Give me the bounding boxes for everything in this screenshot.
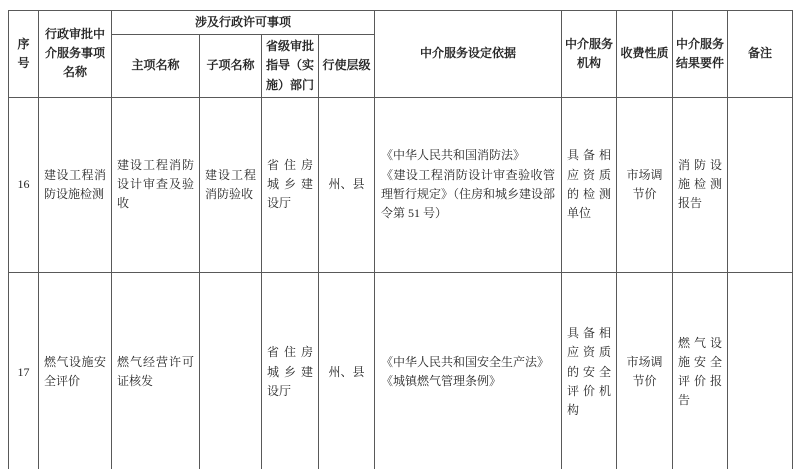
table-row-17: 17 燃气设施安全评价 燃气经营许可证核发 省住房城乡建设厅 州、县 《中华人民… xyxy=(9,272,793,469)
header-provincial-dept: 省级审批指导（实施）部门 xyxy=(262,35,319,98)
cell-service-name: 建设工程消防设施检测 xyxy=(39,97,112,272)
table-body: 16 建设工程消防设施检测 建设工程消防设计审查及验收 建设工程消防验收 省住房… xyxy=(9,97,793,469)
mediation-services-table: 序号 行政审批中介服务事项名称 涉及行政许可事项 中介服务设定依据 中介服务机构… xyxy=(8,10,793,469)
header-basis: 中介服务设定依据 xyxy=(375,11,562,98)
table-header: 序号 行政审批中介服务事项名称 涉及行政许可事项 中介服务设定依据 中介服务机构… xyxy=(9,11,793,98)
header-result-requirement: 中介服务结果要件 xyxy=(673,11,728,98)
header-exercise-level: 行使层级 xyxy=(319,35,375,98)
header-licensing-group: 涉及行政许可事项 xyxy=(112,11,375,35)
cell-service-name: 燃气设施安全评价 xyxy=(39,272,112,469)
cell-remark xyxy=(728,272,793,469)
basis-line: 《城镇燃气管理条例》 xyxy=(381,372,555,391)
cell-result-requirement: 消防设施检测报告 xyxy=(673,97,728,272)
cell-main-item: 建设工程消防设计审查及验收 xyxy=(112,97,200,272)
header-remark: 备注 xyxy=(728,11,793,98)
cell-agency: 具备相应资质的安全评价机构 xyxy=(562,272,617,469)
cell-sub-item xyxy=(200,272,262,469)
cell-seq: 17 xyxy=(9,272,39,469)
cell-exercise-level: 州、县 xyxy=(319,272,375,469)
basis-line: 《建设工程消防设计审查验收管理暂行规定》（住房和城乡建设部令第 51 号） xyxy=(381,166,555,224)
cell-provincial-dept: 省住房城乡建设厅 xyxy=(262,272,319,469)
cell-remark xyxy=(728,97,793,272)
cell-basis: 《中华人民共和国消防法》 《建设工程消防设计审查验收管理暂行规定》（住房和城乡建… xyxy=(375,97,562,272)
cell-result-requirement: 燃气设施安全评价报告 xyxy=(673,272,728,469)
header-sub-item: 子项名称 xyxy=(200,35,262,98)
cell-main-item: 燃气经营许可证核发 xyxy=(112,272,200,469)
cell-provincial-dept: 省住房城乡建设厅 xyxy=(262,97,319,272)
cell-fee-nature: 市场调节价 xyxy=(617,272,673,469)
header-agency: 中介服务机构 xyxy=(562,11,617,98)
basis-line: 《中华人民共和国安全生产法》 xyxy=(381,353,555,372)
header-service-name: 行政审批中介服务事项名称 xyxy=(39,11,112,98)
header-row-top: 序号 行政审批中介服务事项名称 涉及行政许可事项 中介服务设定依据 中介服务机构… xyxy=(9,11,793,35)
cell-exercise-level: 州、县 xyxy=(319,97,375,272)
cell-sub-item: 建设工程消防验收 xyxy=(200,97,262,272)
header-seq: 序号 xyxy=(9,11,39,98)
basis-line: 《中华人民共和国消防法》 xyxy=(381,146,555,165)
cell-fee-nature: 市场调节价 xyxy=(617,97,673,272)
header-fee-nature: 收费性质 xyxy=(617,11,673,98)
cell-basis: 《中华人民共和国安全生产法》 《城镇燃气管理条例》 xyxy=(375,272,562,469)
cell-seq: 16 xyxy=(9,97,39,272)
header-main-item: 主项名称 xyxy=(112,35,200,98)
table-row-16: 16 建设工程消防设施检测 建设工程消防设计审查及验收 建设工程消防验收 省住房… xyxy=(9,97,793,272)
cell-agency: 具备相应资质的检测单位 xyxy=(562,97,617,272)
